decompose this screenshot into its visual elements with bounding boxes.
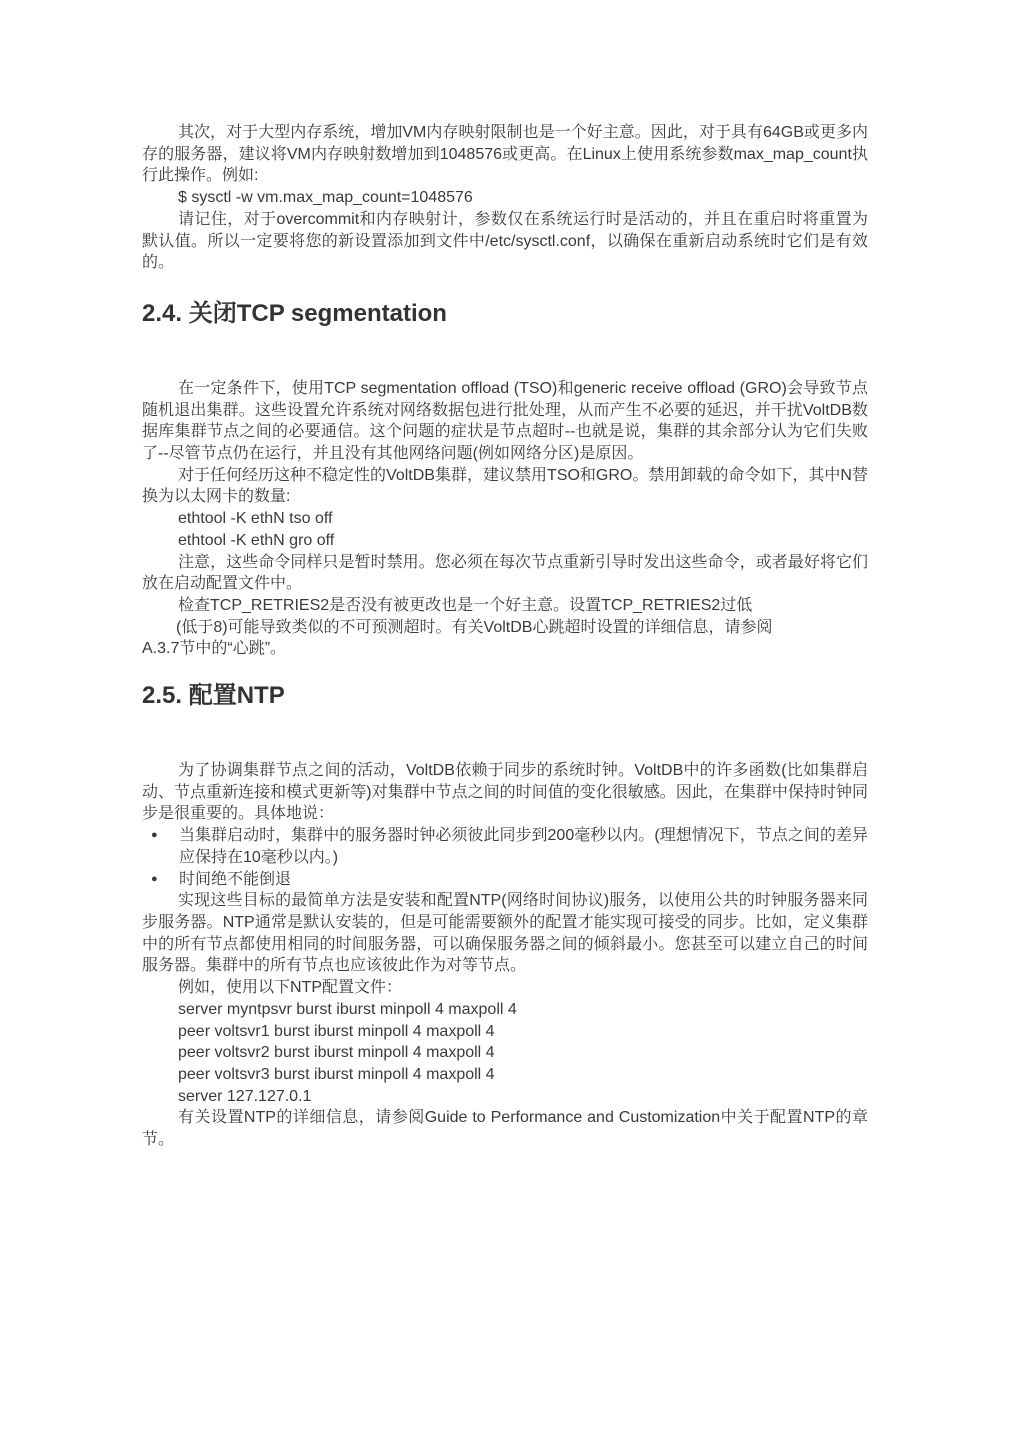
intro-paragraph-1: 其次，对于大型内存系统，增加VM内存映射限制也是一个好主意。因此，对于具有64G… bbox=[142, 122, 868, 187]
ntp-bullet-list: ● 当集群启动时，集群中的服务器时钟必须彼此同步到200毫秒以内。(理想情况下，… bbox=[142, 825, 868, 890]
list-item: ● 时间绝不能倒退 bbox=[142, 869, 868, 891]
command-ethtool-tso: ethtool -K ethN tso off bbox=[142, 508, 868, 530]
bullet-icon: ● bbox=[151, 869, 158, 891]
ntp-paragraph-1: 为了协调集群节点之间的活动，VoltDB依赖于同步的系统时钟。VoltDB中的许… bbox=[142, 760, 868, 825]
ntp-config-line: server myntpsvr burst iburst minpoll 4 m… bbox=[142, 999, 868, 1021]
ntp-paragraph-4: 有关设置NTP的详细信息，请参阅Guide to Performance and… bbox=[142, 1107, 868, 1150]
section-heading-2-4: 2.4. 关闭TCP segmentation bbox=[142, 300, 868, 328]
tcp-paragraph-4-line-1: 检查TCP_RETRIES2是否没有被更改也是一个好主意。设置TCP_RETRI… bbox=[142, 595, 868, 617]
bullet-text: 当集群启动时，集群中的服务器时钟必须彼此同步到200毫秒以内。(理想情况下，节点… bbox=[179, 827, 868, 866]
tcp-paragraph-1: 在一定条件下，使用TCP segmentation offload (TSO)和… bbox=[142, 378, 868, 465]
ntp-config-line: peer voltsvr1 burst iburst minpoll 4 max… bbox=[142, 1021, 868, 1043]
document-page: 其次，对于大型内存系统，增加VM内存映射限制也是一个好主意。因此，对于具有64G… bbox=[0, 0, 868, 1151]
section-heading-2-5: 2.5. 配置NTP bbox=[142, 682, 868, 710]
tcp-paragraph-3: 注意，这些命令同样只是暂时禁用。您必须在每次节点重新引导时发出这些命令，或者最好… bbox=[142, 552, 868, 595]
ntp-config-line: peer voltsvr3 burst iburst minpoll 4 max… bbox=[142, 1064, 868, 1086]
ntp-paragraph-3: 例如，使用以下NTP配置文件： bbox=[142, 977, 868, 999]
bullet-icon: ● bbox=[151, 825, 158, 847]
bullet-text: 时间绝不能倒退 bbox=[179, 871, 291, 888]
ntp-config-line: server 127.127.0.1 bbox=[142, 1086, 868, 1108]
ntp-config-line: peer voltsvr2 burst iburst minpoll 4 max… bbox=[142, 1042, 868, 1064]
tcp-paragraph-4-line-2: (低于8)可能导致类似的不可预测超时。有关VoltDB心跳超时设置的详细信息，请… bbox=[142, 617, 868, 639]
intro-paragraph-2: 请记住，对于overcommit和内存映射计，参数仅在系统运行时是活动的，并且在… bbox=[142, 209, 868, 274]
command-ethtool-gro: ethtool -K ethN gro off bbox=[142, 530, 868, 552]
command-sysctl: $ sysctl -w vm.max_map_count=1048576 bbox=[142, 187, 868, 209]
tcp-paragraph-4-line-3: A.3.7节中的“心跳”。 bbox=[142, 638, 868, 660]
list-item: ● 当集群启动时，集群中的服务器时钟必须彼此同步到200毫秒以内。(理想情况下，… bbox=[142, 825, 868, 868]
tcp-paragraph-2: 对于任何经历这种不稳定性的VoltDB集群，建议禁用TSO和GRO。禁用卸载的命… bbox=[142, 465, 868, 508]
ntp-paragraph-2: 实现这些目标的最简单方法是安装和配置NTP(网络时间协议)服务，以使用公共的时钟… bbox=[142, 890, 868, 977]
